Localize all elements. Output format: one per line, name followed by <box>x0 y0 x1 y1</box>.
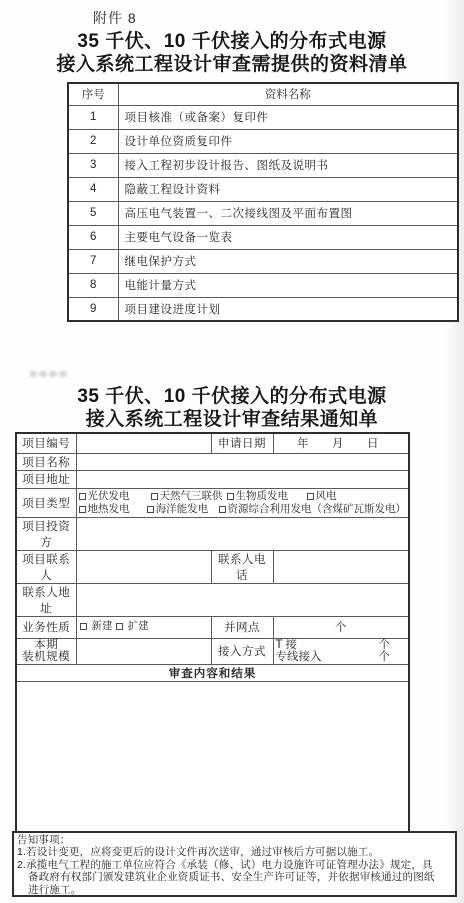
notes-line1: 1.若设计变更，应将变更后的设计文件再次送审，通过审核后方可据以施工。 <box>17 846 452 858</box>
project-no-input[interactable] <box>76 433 211 453</box>
row-no: 9 <box>68 297 118 321</box>
checkbox-option-biomass[interactable]: 生物质发电 <box>227 490 307 503</box>
row-no: 7 <box>68 249 118 273</box>
project-type-label: 项目类型 <box>16 488 76 517</box>
row-name: 主要电气设备一览表 <box>118 225 458 249</box>
type-options-row2: 地热发电 海洋能发电 资源综合利用发电（含煤矿瓦斯发电） <box>79 503 407 516</box>
checkbox-label: 扩建 <box>128 621 149 632</box>
project-address-label: 项目地址 <box>16 470 76 488</box>
checkbox-label: 天然气三联供 <box>160 490 223 503</box>
document-page: 附件 8 35 千伏、10 千伏接入的分布式电源 接入系统工程设计审查需提供的资… <box>0 0 464 903</box>
access-mode-unit: 个 <box>379 639 391 652</box>
form-row-contact: 项目联系人 联系人电话 <box>16 550 409 583</box>
form-row-contact-address: 联系人地址 <box>16 583 409 616</box>
section1-title-line1: 35 千伏、10 千伏接入的分布式电源 <box>0 31 464 54</box>
row-name: 设计单位资质复印件 <box>118 129 458 153</box>
checkbox-icon[interactable] <box>79 493 86 500</box>
section2-title-line1: 35 千伏、10 千伏接入的分布式电源 <box>0 386 464 409</box>
table-row: 6主要电气设备一览表 <box>68 225 458 249</box>
table-row: 3接入工程初步设计报告、图纸及说明书 <box>68 153 458 177</box>
investor-label: 项目投资方 <box>16 517 76 550</box>
checkbox-option-gas[interactable]: 天然气三联供 <box>151 490 227 503</box>
notice-form-table: 项目编号 申请日期 年 月 日 项目名称 项目地址 项目类型 光伏发电 天然气三… <box>15 432 410 880</box>
checkbox-option-pv[interactable]: 光伏发电 <box>79 490 151 503</box>
contact-label: 项目联系人 <box>16 550 76 583</box>
access-mode-name: T 接 <box>276 639 298 652</box>
access-mode-options: T 接 个 专线接入 个 <box>273 638 409 664</box>
checkbox-label: 海洋能发电 <box>156 503 209 516</box>
materials-table: 序号 资料名称 1项目核准（或备案）复印件 2设计单位资质复印件 3接入工程初步… <box>67 82 459 322</box>
access-mode-dedicated[interactable]: 专线接入 个 <box>276 651 407 664</box>
row-name: 接入工程初步设计报告、图纸及说明书 <box>118 153 458 177</box>
capacity-label-line2: 装机规模 <box>18 651 75 664</box>
checkbox-icon[interactable] <box>79 506 86 513</box>
table-row: 5高压电气装置一、二次接线图及平面布置图 <box>68 201 458 225</box>
form-row-project-address: 项目地址 <box>16 470 409 488</box>
checkbox-label: 地热发电 <box>88 503 130 516</box>
row-name: 高压电气装置一、二次接线图及平面布置图 <box>118 201 458 225</box>
row-no: 1 <box>68 105 118 129</box>
form-row-capacity: 本期 装机规模 接入方式 T 接 个 专线接入 个 <box>16 638 409 664</box>
materials-header-row: 序号 资料名称 <box>68 83 458 105</box>
project-name-label: 项目名称 <box>16 453 76 470</box>
row-no: 6 <box>68 225 118 249</box>
row-no: 2 <box>68 129 118 153</box>
apply-date-value[interactable]: 年 月 日 <box>273 433 409 453</box>
capacity-label-line1: 本期 <box>18 639 75 652</box>
access-mode-unit: 个 <box>379 651 391 664</box>
contact-address-label: 联系人地址 <box>16 583 76 616</box>
checkbox-option-wind[interactable]: 风电 <box>307 490 337 503</box>
row-name: 项目核准（或备案）复印件 <box>118 105 458 129</box>
access-mode-label: 接入方式 <box>211 638 273 664</box>
grid-point-input[interactable]: 个 <box>273 616 409 638</box>
section2-title-line2: 接入系统工程设计审查结果通知单 <box>0 409 464 432</box>
header-no: 序号 <box>68 83 118 105</box>
notes-box: 告知事项： 1.若设计变更，应将变更后的设计文件再次送审，通过审核后方可据以施工… <box>12 831 457 897</box>
checkbox-icon[interactable] <box>116 623 123 630</box>
project-name-input[interactable] <box>76 453 409 470</box>
business-nature-label: 业务性质 <box>16 616 76 638</box>
form-row-investor: 项目投资方 <box>16 517 409 550</box>
blurred-mark <box>30 371 68 377</box>
business-nature-options: 新建 扩建 <box>76 616 211 638</box>
table-row: 1项目核准（或备案）复印件 <box>68 105 458 129</box>
row-no: 8 <box>68 273 118 297</box>
row-no: 4 <box>68 177 118 201</box>
table-row: 2设计单位资质复印件 <box>68 129 458 153</box>
form-row-project-name: 项目名称 <box>16 453 409 470</box>
checkbox-option-resource[interactable]: 资源综合利用发电（含煤矿瓦斯发电） <box>219 503 407 516</box>
checkbox-icon[interactable] <box>151 493 158 500</box>
contact-phone-input[interactable] <box>273 550 409 583</box>
checkbox-label: 风电 <box>316 490 337 503</box>
checkbox-icon[interactable] <box>219 506 226 513</box>
access-mode-name: 专线接入 <box>276 651 322 664</box>
project-type-options: 光伏发电 天然气三联供 生物质发电 风电 地热发电 海洋能发电 资源综合利用发电… <box>76 488 409 517</box>
attachment-label: 附件 8 <box>93 8 137 28</box>
form-row-project-type: 项目类型 光伏发电 天然气三联供 生物质发电 风电 地热发电 海洋能发电 资源综… <box>16 488 409 517</box>
checkbox-option-geothermal[interactable]: 地热发电 <box>79 503 147 516</box>
row-name: 继电保护方式 <box>118 249 458 273</box>
grid-point-label: 并网点 <box>211 616 273 638</box>
section2-title: 35 千伏、10 千伏接入的分布式电源 接入系统工程设计审查结果通知单 <box>0 386 464 431</box>
notes-line3: 备政府有权部门颁发建筑业企业资质证书、安全生产许可证等，并依据审核通过的图纸 <box>17 871 452 883</box>
checkbox-label: 新建 <box>92 621 113 632</box>
row-no: 5 <box>68 201 118 225</box>
capacity-label: 本期 装机规模 <box>16 638 76 664</box>
header-name: 资料名称 <box>118 83 458 105</box>
form-row-project-no: 项目编号 申请日期 年 月 日 <box>16 433 409 453</box>
notes-line2: 2.承揽电气工程的施工单位应符合《承装（修、试）电力设施许可证管理办法》规定，具 <box>17 859 452 871</box>
row-name: 电能计量方式 <box>118 273 458 297</box>
row-name: 项目建设进度计划 <box>118 297 458 321</box>
section1-title-line2: 接入系统工程设计审查需提供的资料清单 <box>0 54 464 77</box>
table-row: 4隐蔽工程设计资料 <box>68 177 458 201</box>
checkbox-icon[interactable] <box>147 506 154 513</box>
checkbox-label: 资源综合利用发电（含煤矿瓦斯发电） <box>228 503 407 516</box>
capacity-input[interactable] <box>76 638 211 664</box>
checkbox-icon[interactable] <box>307 493 314 500</box>
row-name: 隐蔽工程设计资料 <box>118 177 458 201</box>
contact-address-input[interactable] <box>76 583 409 616</box>
checkbox-label: 生物质发电 <box>236 490 289 503</box>
review-header-row: 审查内容和结果 <box>16 664 409 681</box>
investor-input[interactable] <box>76 517 409 550</box>
table-row: 9项目建设进度计划 <box>68 297 458 321</box>
apply-date-label: 申请日期 <box>211 433 273 453</box>
checkbox-icon[interactable] <box>80 623 87 630</box>
project-no-label: 项目编号 <box>16 433 76 453</box>
notes-line4: 进行施工。 <box>17 884 452 896</box>
checkbox-option-ocean[interactable]: 海洋能发电 <box>147 503 219 516</box>
contact-input[interactable] <box>76 550 211 583</box>
checkbox-option-expand[interactable]: 扩建 <box>116 621 149 632</box>
checkbox-icon[interactable] <box>227 493 234 500</box>
notes-heading: 告知事项： <box>17 834 452 846</box>
checkbox-label: 光伏发电 <box>88 490 130 503</box>
row-no: 3 <box>68 153 118 177</box>
access-mode-t[interactable]: T 接 个 <box>276 639 407 652</box>
table-row: 8电能计量方式 <box>68 273 458 297</box>
checkbox-option-new[interactable]: 新建 <box>80 621 113 632</box>
review-header: 审查内容和结果 <box>16 664 409 681</box>
project-address-input[interactable] <box>76 470 409 488</box>
contact-phone-label: 联系人电话 <box>211 550 273 583</box>
section1-title: 35 千伏、10 千伏接入的分布式电源 接入系统工程设计审查需提供的资料清单 <box>0 31 464 76</box>
type-options-row1: 光伏发电 天然气三联供 生物质发电 风电 <box>79 490 407 503</box>
table-row: 7继电保护方式 <box>68 249 458 273</box>
form-row-business-nature: 业务性质 新建 扩建 并网点 个 <box>16 616 409 638</box>
